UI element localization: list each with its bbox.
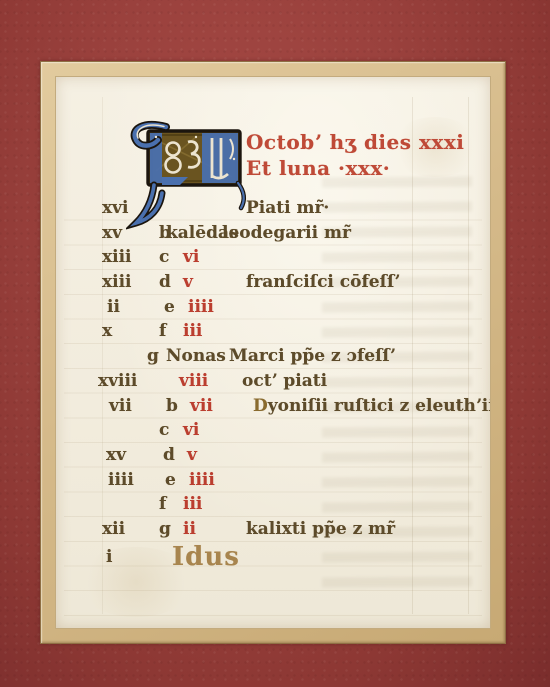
- dominical-letter: g: [159, 517, 183, 542]
- golden-number: xvi: [56, 196, 159, 221]
- feast-entry: franſciſci cōfeſſʼ: [246, 270, 490, 295]
- golden-number: xii: [56, 517, 159, 542]
- dominical-letter: f: [159, 319, 183, 344]
- calendar-row: i Idus: [56, 542, 490, 567]
- manuscript-leaf: Octobʼ hʒ dies xxxi Et luna ·xxx· xvi Pi…: [55, 76, 491, 629]
- calendar-row: x f iii: [56, 319, 490, 344]
- roman-day-numeral: v: [183, 270, 245, 295]
- roman-day-numeral: vii: [190, 394, 252, 419]
- calendar-row: xv b kalēdas leodegarii mr̃: [56, 221, 490, 246]
- calendar-row: g Nonas Marci pp̃e z ɔfeſſʼ: [56, 344, 490, 369]
- calendar-row: xii g ii kalixti pp̃e z mr̃: [56, 517, 490, 542]
- golden-number: xv: [56, 221, 159, 246]
- calendar-row: ii e iiii: [56, 295, 490, 320]
- calendar-row: iiii e iiii: [56, 468, 490, 493]
- feast-entry: leodegarii mr̃: [222, 221, 490, 246]
- roman-day-numeral: viii: [179, 369, 241, 394]
- roman-day-numeral: kalēdas: [166, 221, 228, 246]
- feast-entry: Piati mr̃·: [246, 196, 490, 221]
- feast-entry: octʼ piati: [242, 369, 490, 394]
- feast-gold-initial: D: [253, 396, 268, 416]
- calendar-row: vii b vii Dyoniſii ruſtici z eleuthʼii: [56, 394, 490, 419]
- roman-day-numeral: Idus: [172, 545, 234, 570]
- roman-day-numeral: iiii: [188, 295, 250, 320]
- dominical-letter: e: [165, 468, 189, 493]
- calendar-table: xvi Piati mr̃· xv b kalēdas leodegarii m…: [56, 196, 490, 566]
- dominical-letter: c: [159, 245, 183, 270]
- golden-number: vii: [56, 394, 166, 419]
- dominical-letter: e: [164, 295, 188, 320]
- dominical-letter: c: [159, 418, 183, 443]
- month-rubric-line1: Octobʼ hʒ dies xxxi: [246, 130, 464, 155]
- dominical-letter: b: [166, 394, 190, 419]
- golden-number: xv: [56, 443, 163, 468]
- roman-day-numeral: vi: [183, 245, 245, 270]
- dominical-letter: f: [159, 492, 183, 517]
- feast-entry: kalixti pp̃e z mr̃: [246, 517, 490, 542]
- roman-day-numeral: iiii: [189, 468, 251, 493]
- golden-number: x: [56, 319, 159, 344]
- frame-fillet: Octobʼ hʒ dies xxxi Et luna ·xxx· xvi Pi…: [40, 61, 506, 644]
- golden-number: xiii: [56, 270, 159, 295]
- roman-day-numeral: ii: [183, 517, 245, 542]
- month-rubric-line2: Et luna ·xxx·: [246, 156, 390, 181]
- feast-entry: Dyoniſii ruſtici z eleuthʼii: [253, 394, 491, 419]
- calendar-row: f iii: [56, 492, 490, 517]
- roman-day-numeral: iii: [183, 492, 245, 517]
- dominical-letter: d: [163, 443, 187, 468]
- roman-day-numeral: vi: [183, 418, 245, 443]
- golden-number: iiii: [56, 468, 165, 493]
- calendar-row: xvi Piati mr̃·: [56, 196, 490, 221]
- calendar-row: xviii viii octʼ piati: [56, 369, 490, 394]
- roman-day-numeral: iii: [183, 319, 245, 344]
- calendar-row: xiii c vi: [56, 245, 490, 270]
- dominical-letter: d: [159, 270, 183, 295]
- roman-day-numeral: Nonas: [166, 344, 228, 369]
- roman-day-numeral: v: [187, 443, 249, 468]
- calendar-row: xv d v: [56, 443, 490, 468]
- golden-number: xviii: [56, 369, 155, 394]
- calendar-row: xiii d v franſciſci cōfeſſʼ: [56, 270, 490, 295]
- feast-entry: Marci pp̃e z ɔfeſſʼ: [229, 344, 490, 369]
- calendar-row: c vi: [56, 418, 490, 443]
- golden-number: ii: [56, 295, 164, 320]
- golden-number: i: [56, 545, 163, 570]
- framed-manuscript-photo: Octobʼ hʒ dies xxxi Et luna ·xxx· xvi Pi…: [0, 0, 550, 687]
- golden-number: xiii: [56, 245, 159, 270]
